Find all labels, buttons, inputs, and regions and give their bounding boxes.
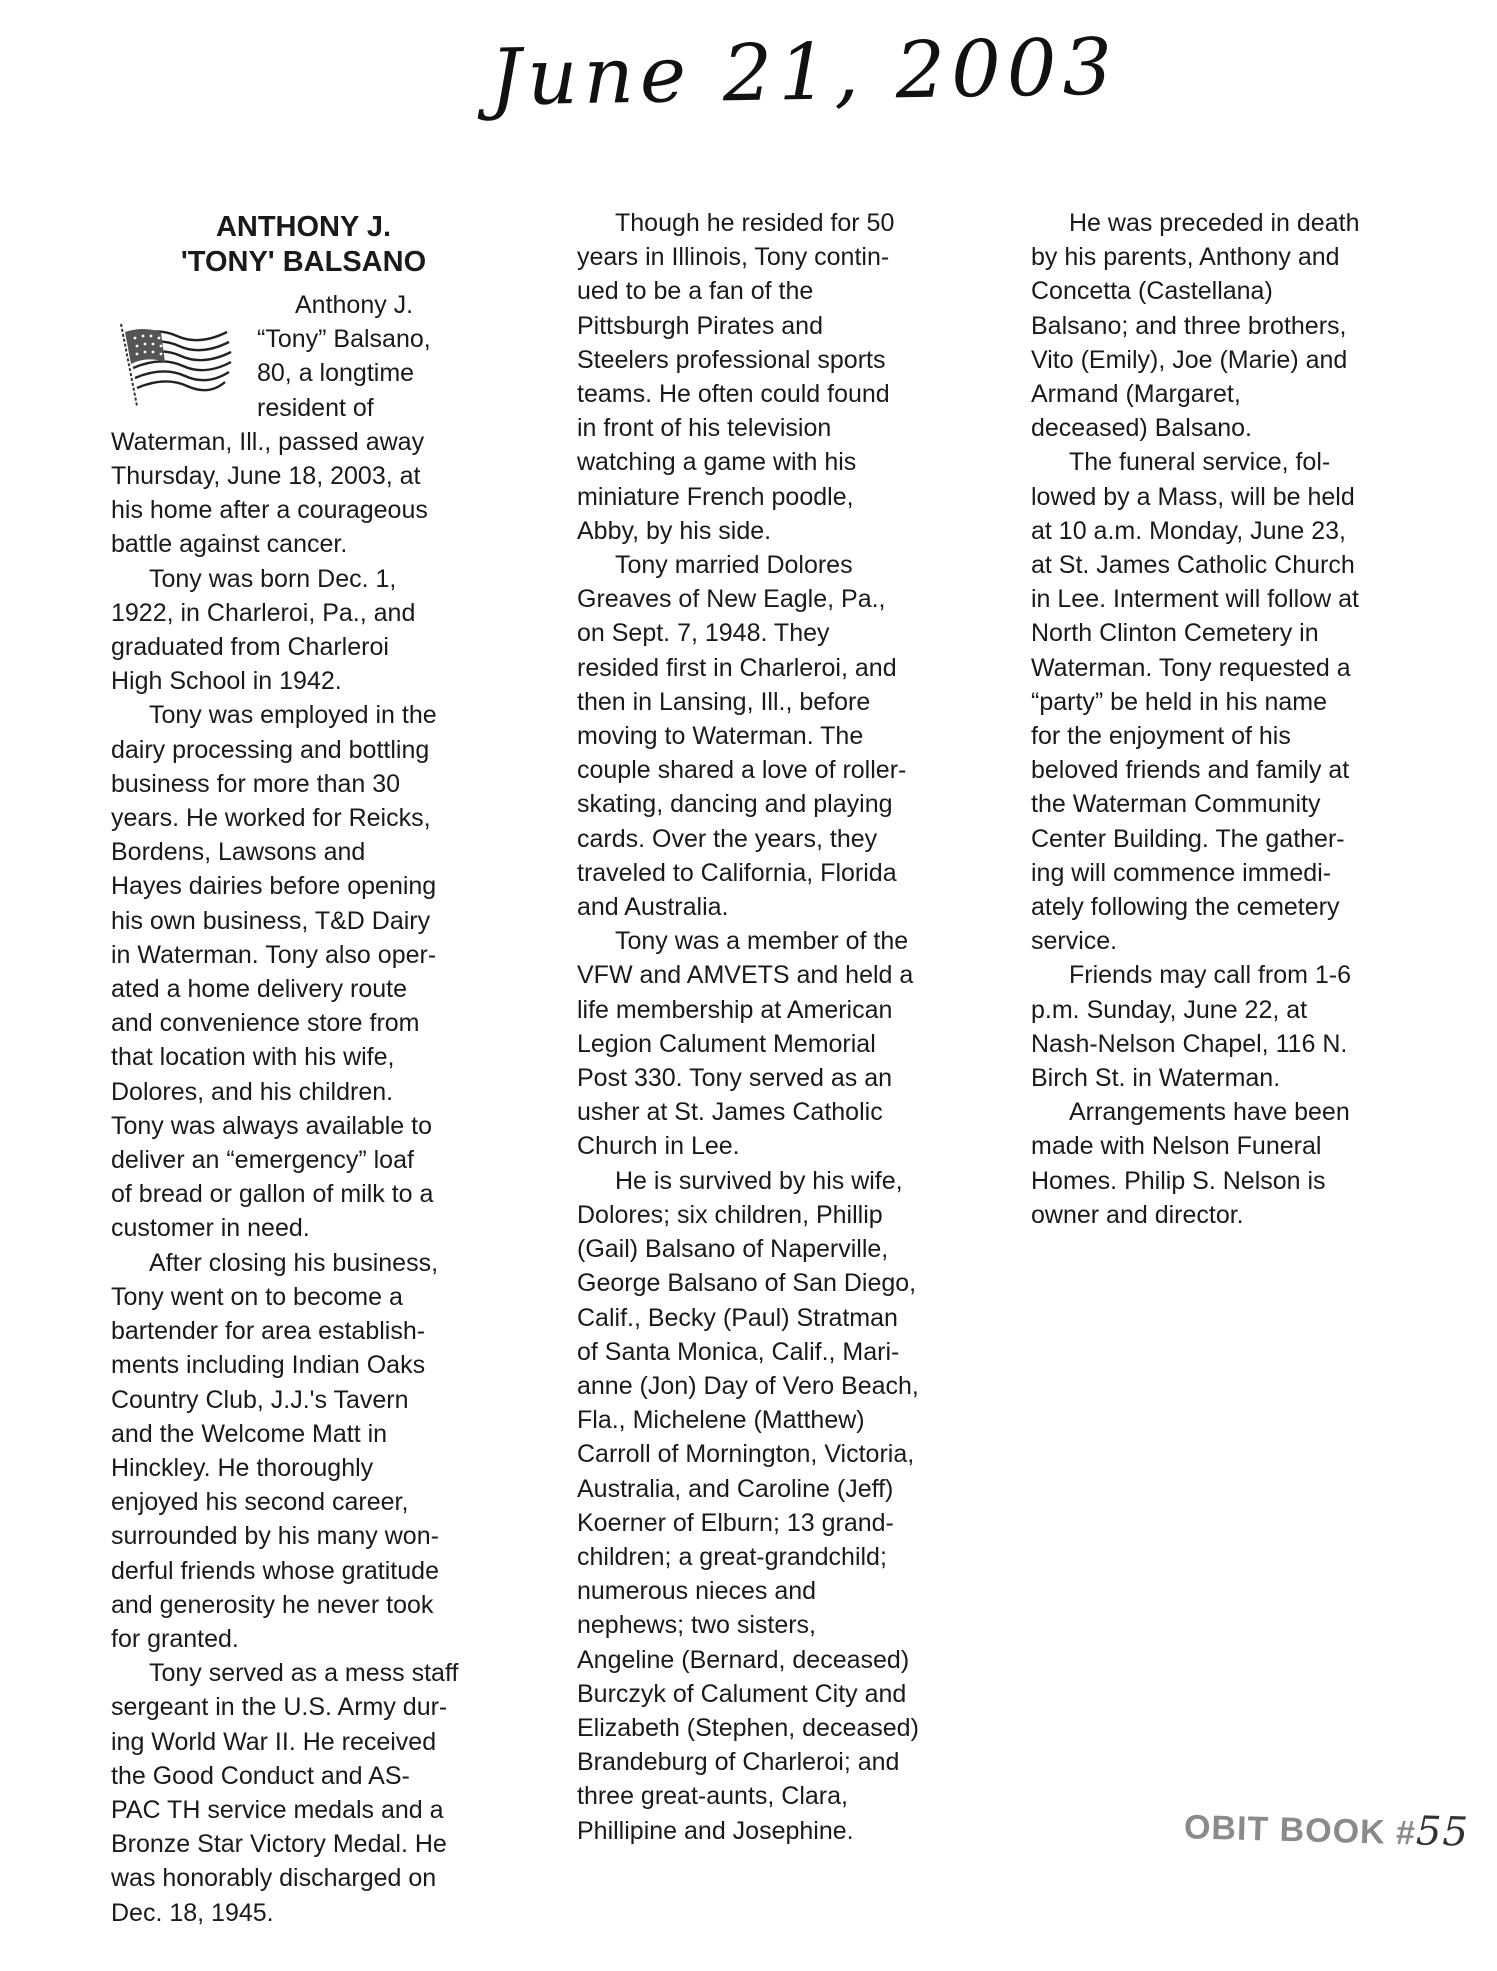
text-line: Thursday, June 18, 2003, at: [111, 459, 496, 493]
text-line: at St. James Catholic Church: [1031, 548, 1421, 582]
text-line: Vito (Emily), Joe (Marie) and: [1031, 343, 1421, 377]
text-line: his own business, T&D Dairy: [111, 904, 496, 938]
text-line: traveled to California, Florida: [577, 856, 957, 890]
text-line: ated a home delivery route: [111, 972, 496, 1006]
text-line: Hayes dairies before opening: [111, 869, 496, 903]
text-line: Church in Lee.: [577, 1129, 957, 1163]
text-line: Arrangements have been: [1031, 1095, 1421, 1129]
text-line: High School in 1942.: [111, 664, 496, 698]
text-line: Waterman. Tony requested a: [1031, 651, 1421, 685]
text-line: beloved friends and family at: [1031, 753, 1421, 787]
text-line: Burczyk of Calument City and: [577, 1677, 957, 1711]
text-line: Bordens, Lawsons and: [111, 835, 496, 869]
text-line: ing will commence immedi-: [1031, 856, 1421, 890]
text-line: teams. He often could found: [577, 377, 957, 411]
handwritten-date: June 21, 2003: [489, 23, 1119, 124]
text-line: Country Club, J.J.'s Tavern: [111, 1383, 496, 1417]
text-line: made with Nelson Funeral: [1031, 1129, 1421, 1163]
text-line: usher at St. James Catholic: [577, 1095, 957, 1129]
obituary-column-1: ANTHONY J. 'TONY' BALSANO Anthony J. “To: [111, 206, 496, 1930]
text-line: Balsano; and three brothers,: [1031, 309, 1421, 343]
text-line: couple shared a love of roller-: [577, 753, 957, 787]
text-line: and the Welcome Matt in: [111, 1417, 496, 1451]
text-line: Armand (Margaret,: [1031, 377, 1421, 411]
text-line: deceased) Balsano.: [1031, 411, 1421, 445]
text-line: Homes. Philip S. Nelson is: [1031, 1164, 1421, 1198]
text-line: the Waterman Community: [1031, 787, 1421, 821]
text-line: Australia, and Caroline (Jeff): [577, 1472, 957, 1506]
text-line: Steelers professional sports: [577, 343, 957, 377]
text-line: resided first in Charleroi, and: [577, 651, 957, 685]
text-line: Dolores, and his children.: [111, 1075, 496, 1109]
text-line: derful friends whose gratitude: [111, 1554, 496, 1588]
text-line: “party” be held in his name: [1031, 685, 1421, 719]
text-line: George Balsano of San Diego,: [577, 1266, 957, 1300]
text-line: numerous nieces and: [577, 1574, 957, 1608]
text-line: Concetta (Castellana): [1031, 274, 1421, 308]
text-line: PAC TH service medals and a: [111, 1793, 496, 1827]
obituary-column-2: Though he resided for 50years in Illinoi…: [577, 206, 957, 1848]
text-line: Tony was born Dec. 1,: [111, 562, 496, 596]
text-line: He was preceded in death: [1031, 206, 1421, 240]
text-line: sergeant in the U.S. Army dur-: [111, 1690, 496, 1724]
text-line: was honorably discharged on: [111, 1861, 496, 1895]
text-line: of bread or gallon of milk to a: [111, 1177, 496, 1211]
text-line: ued to be a fan of the: [577, 274, 957, 308]
text-line: lowed by a Mass, will be held: [1031, 480, 1421, 514]
text-line: for granted.: [111, 1622, 496, 1656]
text-line: Koerner of Elburn; 13 grand-: [577, 1506, 957, 1540]
text-line: surrounded by his many won-: [111, 1519, 496, 1553]
text-line: that location with his wife,: [111, 1040, 496, 1074]
text-line: Pittsburgh Pirates and: [577, 309, 957, 343]
text-line: Tony served as a mess staff: [111, 1656, 496, 1690]
text-line: watching a game with his: [577, 445, 957, 479]
text-line: his home after a courageous: [111, 493, 496, 527]
text-line: Birch St. in Waterman.: [1031, 1061, 1421, 1095]
text-line: Tony was a member of the: [577, 924, 957, 958]
text-line: Friends may call from 1-6: [1031, 958, 1421, 992]
text-line: graduated from Charleroi: [111, 630, 496, 664]
text-line: and convenience store from: [111, 1006, 496, 1040]
text-line: He is survived by his wife,: [577, 1164, 957, 1198]
text-line: Tony went on to become a: [111, 1280, 496, 1314]
obit-book-stamp: OBIT BOOK #55: [1183, 1802, 1469, 1855]
text-line: miniature French poodle,: [577, 480, 957, 514]
text-line: 1922, in Charleroi, Pa., and: [111, 596, 496, 630]
text-line: Bronze Star Victory Medal. He: [111, 1827, 496, 1861]
text-line: Phillipine and Josephine.: [577, 1814, 957, 1848]
flag-intro-block: Anthony J. “Tony” Balsano, 80, a longtim…: [111, 288, 496, 425]
text-line: Brandeburg of Charleroi; and: [577, 1745, 957, 1779]
column-2-body: Though he resided for 50years in Illinoi…: [577, 206, 957, 1848]
text-line: and generosity he never took: [111, 1588, 496, 1622]
text-line: moving to Waterman. The: [577, 719, 957, 753]
headline-line-2: 'TONY' BALSANO: [111, 245, 496, 280]
text-line: bartender for area establish-: [111, 1314, 496, 1348]
text-line: customer in need.: [111, 1211, 496, 1245]
text-line: service.: [1031, 924, 1421, 958]
text-line: Hinckley. He thoroughly: [111, 1451, 496, 1485]
text-line: Post 330. Tony served as an: [577, 1061, 957, 1095]
text-line: Fla., Michelene (Matthew): [577, 1403, 957, 1437]
text-line: on Sept. 7, 1948. They: [577, 616, 957, 650]
text-line: of Santa Monica, Calif., Mari-: [577, 1335, 957, 1369]
text-line: owner and director.: [1031, 1198, 1421, 1232]
text-line: business for more than 30: [111, 767, 496, 801]
text-line: anne (Jon) Day of Vero Beach,: [577, 1369, 957, 1403]
text-line: nephews; two sisters,: [577, 1608, 957, 1642]
text-line: ately following the cemetery: [1031, 890, 1421, 924]
text-line: Center Building. The gather-: [1031, 822, 1421, 856]
obituary-column-3: He was preceded in deathby his parents, …: [1031, 206, 1421, 1232]
text-line: Dolores; six children, Phillip: [577, 1198, 957, 1232]
stamp-label: OBIT BOOK #: [1183, 1808, 1416, 1852]
text-line: Abby, by his side.: [577, 514, 957, 548]
text-line: Greaves of New Eagle, Pa.,: [577, 582, 957, 616]
text-line: Waterman, Ill., passed away: [111, 425, 496, 459]
text-line: Carroll of Mornington, Victoria,: [577, 1437, 957, 1471]
text-line: dairy processing and bottling: [111, 733, 496, 767]
text-line: cards. Over the years, they: [577, 822, 957, 856]
text-line: Legion Calument Memorial: [577, 1027, 957, 1061]
obituary-headline: ANTHONY J. 'TONY' BALSANO: [111, 210, 496, 280]
text-line: The funeral service, fol-: [1031, 445, 1421, 479]
text-line: Elizabeth (Stephen, deceased): [577, 1711, 957, 1745]
stamp-number: 55: [1415, 1808, 1469, 1855]
text-line: years. He worked for Reicks,: [111, 801, 496, 835]
text-line: by his parents, Anthony and: [1031, 240, 1421, 274]
text-line: then in Lansing, Ill., before: [577, 685, 957, 719]
text-line: North Clinton Cemetery in: [1031, 616, 1421, 650]
column-1-body: Waterman, Ill., passed awayThursday, Jun…: [111, 425, 496, 1930]
text-line: Angeline (Bernard, deceased): [577, 1643, 957, 1677]
text-line: enjoyed his second career,: [111, 1485, 496, 1519]
column-3-body: He was preceded in deathby his parents, …: [1031, 206, 1421, 1232]
text-line: Tony married Dolores: [577, 548, 957, 582]
text-line: ing World War II. He received: [111, 1725, 496, 1759]
text-line: life membership at American: [577, 993, 957, 1027]
text-line: Calif., Becky (Paul) Stratman: [577, 1301, 957, 1335]
text-line: in Waterman. Tony also oper-: [111, 938, 496, 972]
text-line: in front of his television: [577, 411, 957, 445]
american-flag-icon: [115, 318, 233, 408]
text-line: Tony was always available to: [111, 1109, 496, 1143]
text-line: at 10 a.m. Monday, June 23,: [1031, 514, 1421, 548]
text-line: Nash-Nelson Chapel, 116 N.: [1031, 1027, 1421, 1061]
text-line: p.m. Sunday, June 22, at: [1031, 993, 1421, 1027]
text-line: three great-aunts, Clara,: [577, 1779, 957, 1813]
text-line: in Lee. Interment will follow at: [1031, 582, 1421, 616]
headline-line-1: ANTHONY J.: [111, 210, 496, 245]
text-line: years in Illinois, Tony contin-: [577, 240, 957, 274]
text-line: battle against cancer.: [111, 527, 496, 561]
text-line: (Gail) Balsano of Naperville,: [577, 1232, 957, 1266]
text-line: Dec. 18, 1945.: [111, 1896, 496, 1930]
text-line: Though he resided for 50: [577, 206, 957, 240]
text-line: Tony was employed in the: [111, 698, 496, 732]
text-line: and Australia.: [577, 890, 957, 924]
text-line: After closing his business,: [111, 1246, 496, 1280]
text-line: deliver an “emergency” loaf: [111, 1143, 496, 1177]
text-line: skating, dancing and playing: [577, 787, 957, 821]
text-line: for the enjoyment of his: [1031, 719, 1421, 753]
text-line: VFW and AMVETS and held a: [577, 958, 957, 992]
text-line: ments including Indian Oaks: [111, 1348, 496, 1382]
text-line: children; a great-grandchild;: [577, 1540, 957, 1574]
text-line: the Good Conduct and AS-: [111, 1759, 496, 1793]
